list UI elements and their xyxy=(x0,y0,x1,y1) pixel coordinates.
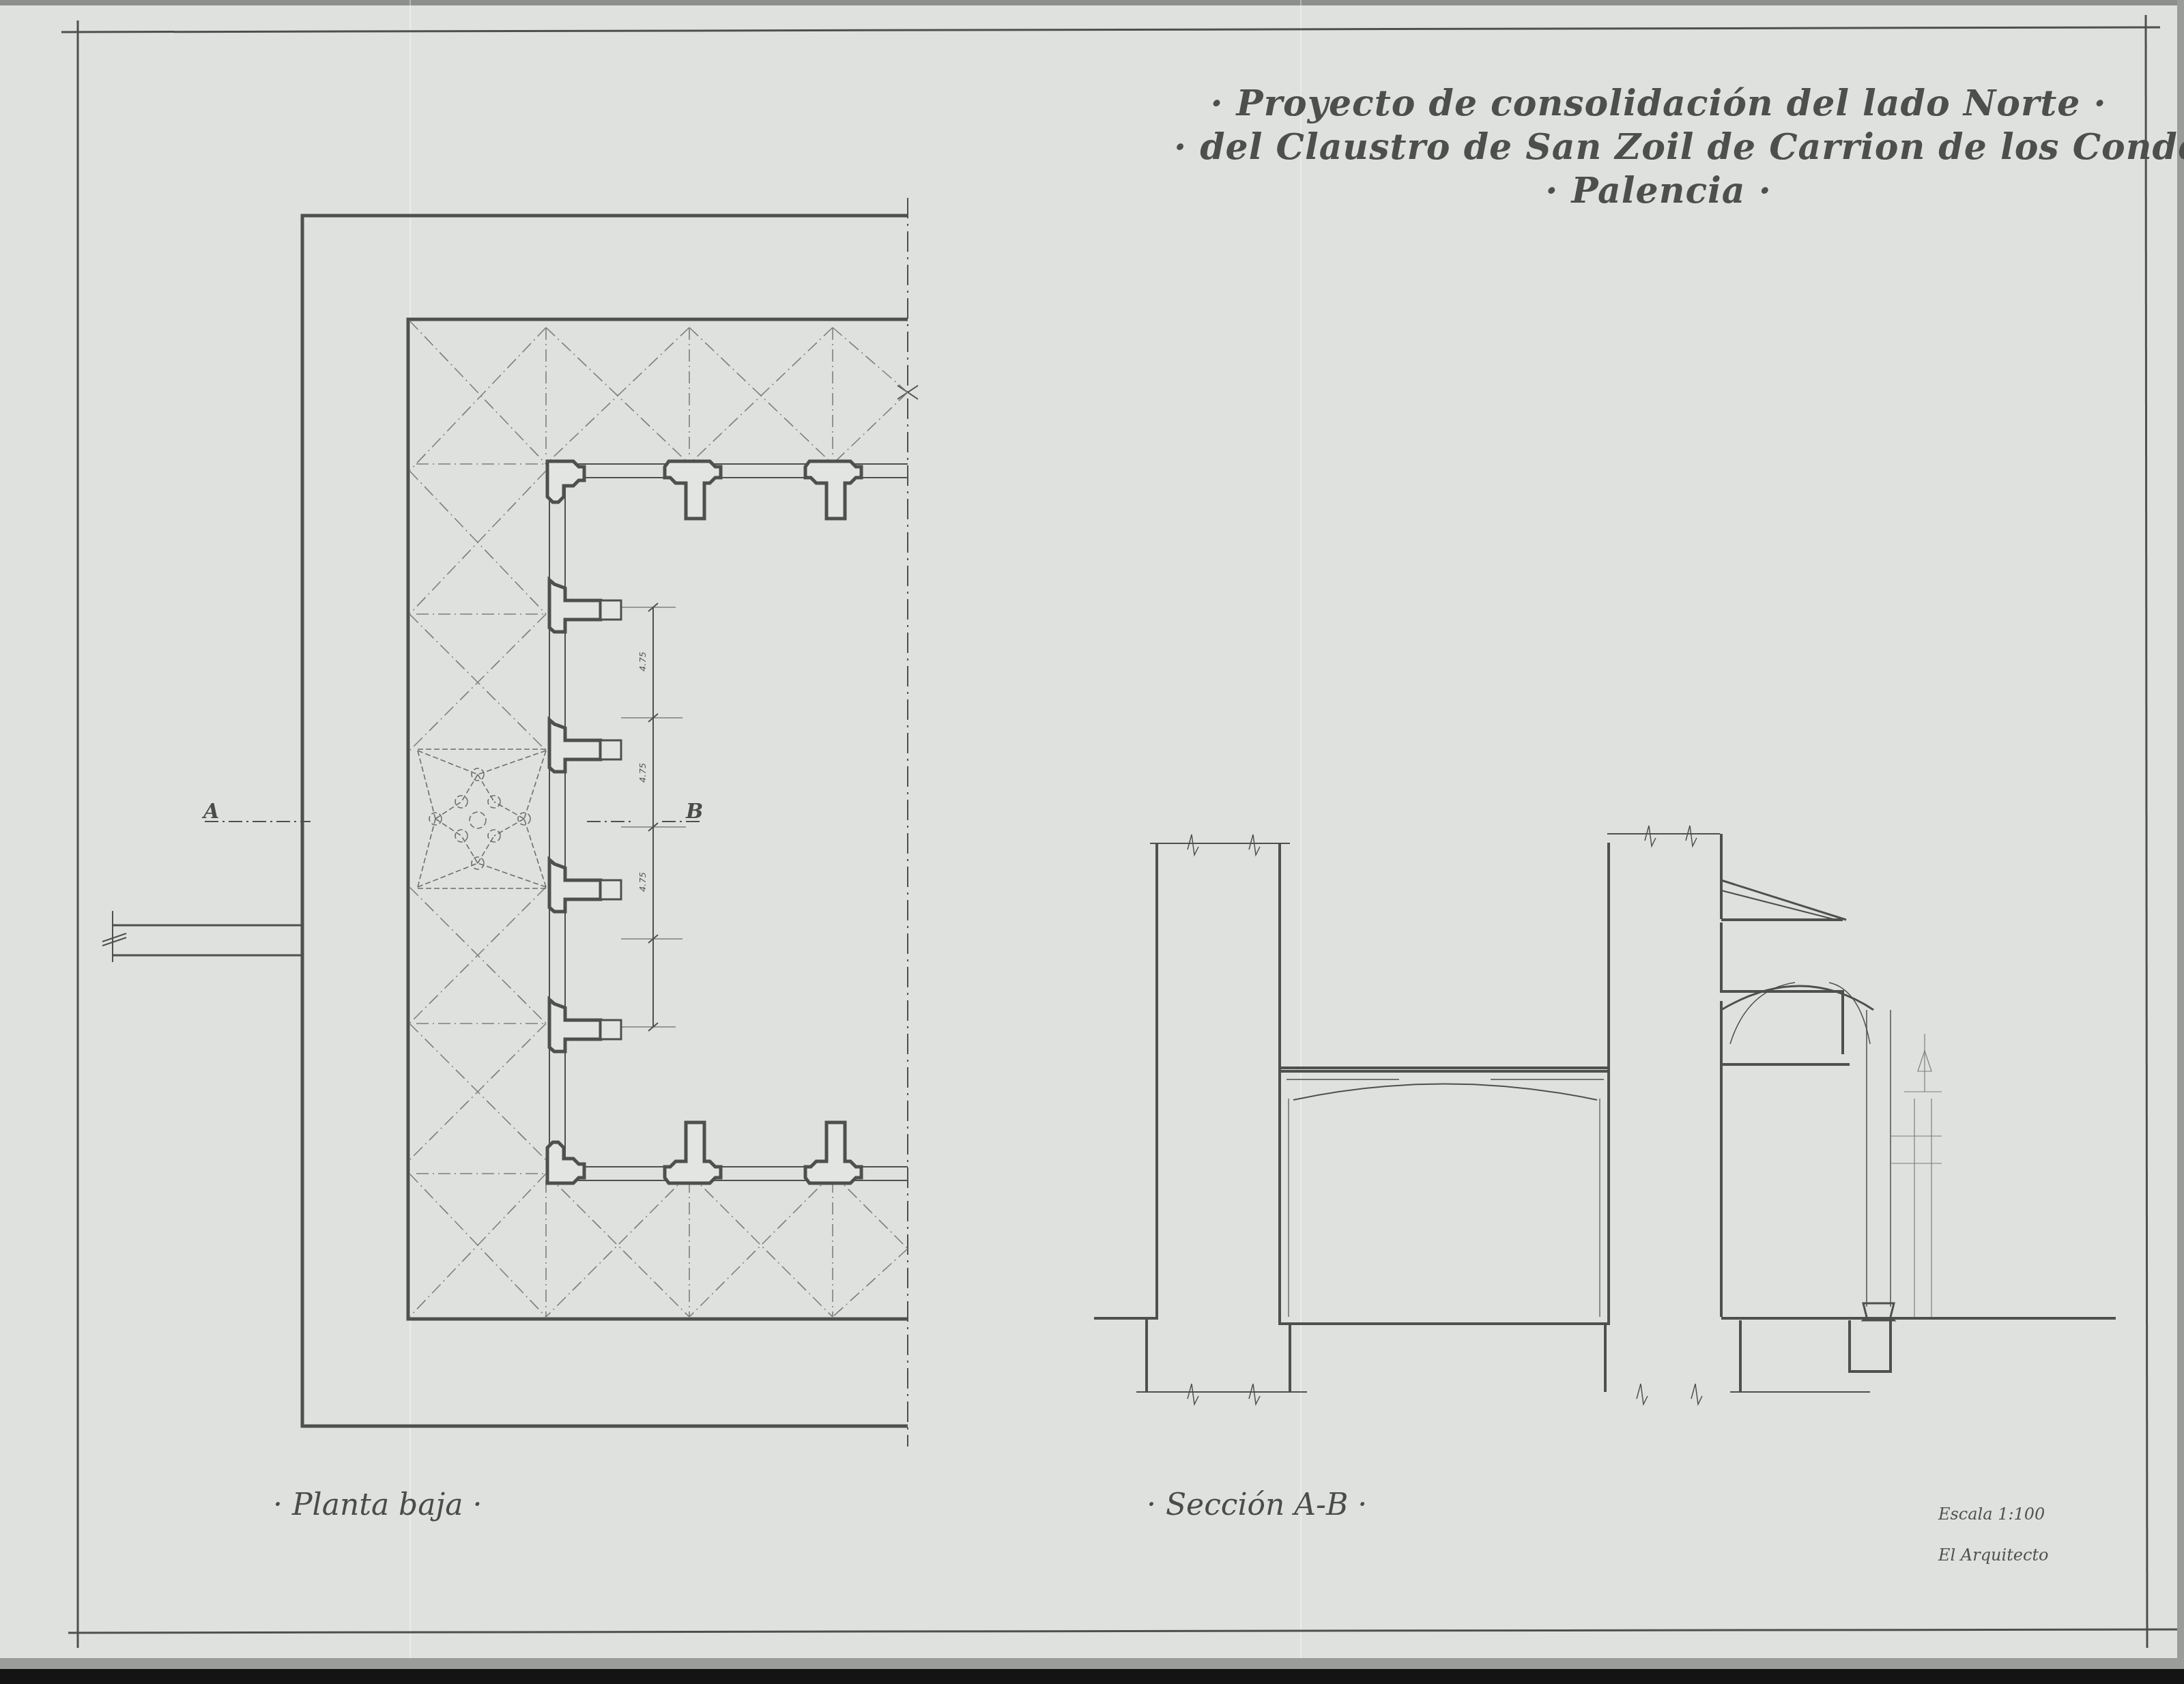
dimension-line xyxy=(621,603,686,1031)
scan-bottom-edge xyxy=(0,1669,2184,1684)
section-mark-b: B xyxy=(686,800,703,824)
scale-note: Escala 1:100 xyxy=(1938,1505,2045,1524)
title-line-3: · Palencia · xyxy=(1174,169,2143,213)
star-vault xyxy=(418,749,546,888)
plan-wall-stub xyxy=(102,911,302,962)
dimension-label: 4.75 xyxy=(638,652,648,671)
dimension-label: 4.75 xyxy=(638,763,648,783)
section-caption: · Sección A-B · xyxy=(1147,1487,1367,1522)
drawing-sheet: · Proyecto de consolidación del lado Nor… xyxy=(0,0,2184,1684)
section-view xyxy=(1094,826,2116,1404)
title-line-2: · del Claustro de San Zoil de Carrion de… xyxy=(1174,126,2143,169)
section-mark-a: A xyxy=(203,800,219,824)
signature-label: El Arquitecto xyxy=(1938,1545,2049,1565)
scan-bottom-shadow xyxy=(0,1658,2184,1669)
title-line-1: · Proyecto de consolidación del lado Nor… xyxy=(1174,82,2143,126)
plan-caption: · Planta baja · xyxy=(273,1487,482,1522)
drawing-canvas xyxy=(0,0,2184,1684)
sheet-frame xyxy=(61,15,2177,1648)
dimension-label: 4.75 xyxy=(638,872,648,892)
title-block: · Proyecto de consolidación del lado Nor… xyxy=(1174,82,2143,213)
